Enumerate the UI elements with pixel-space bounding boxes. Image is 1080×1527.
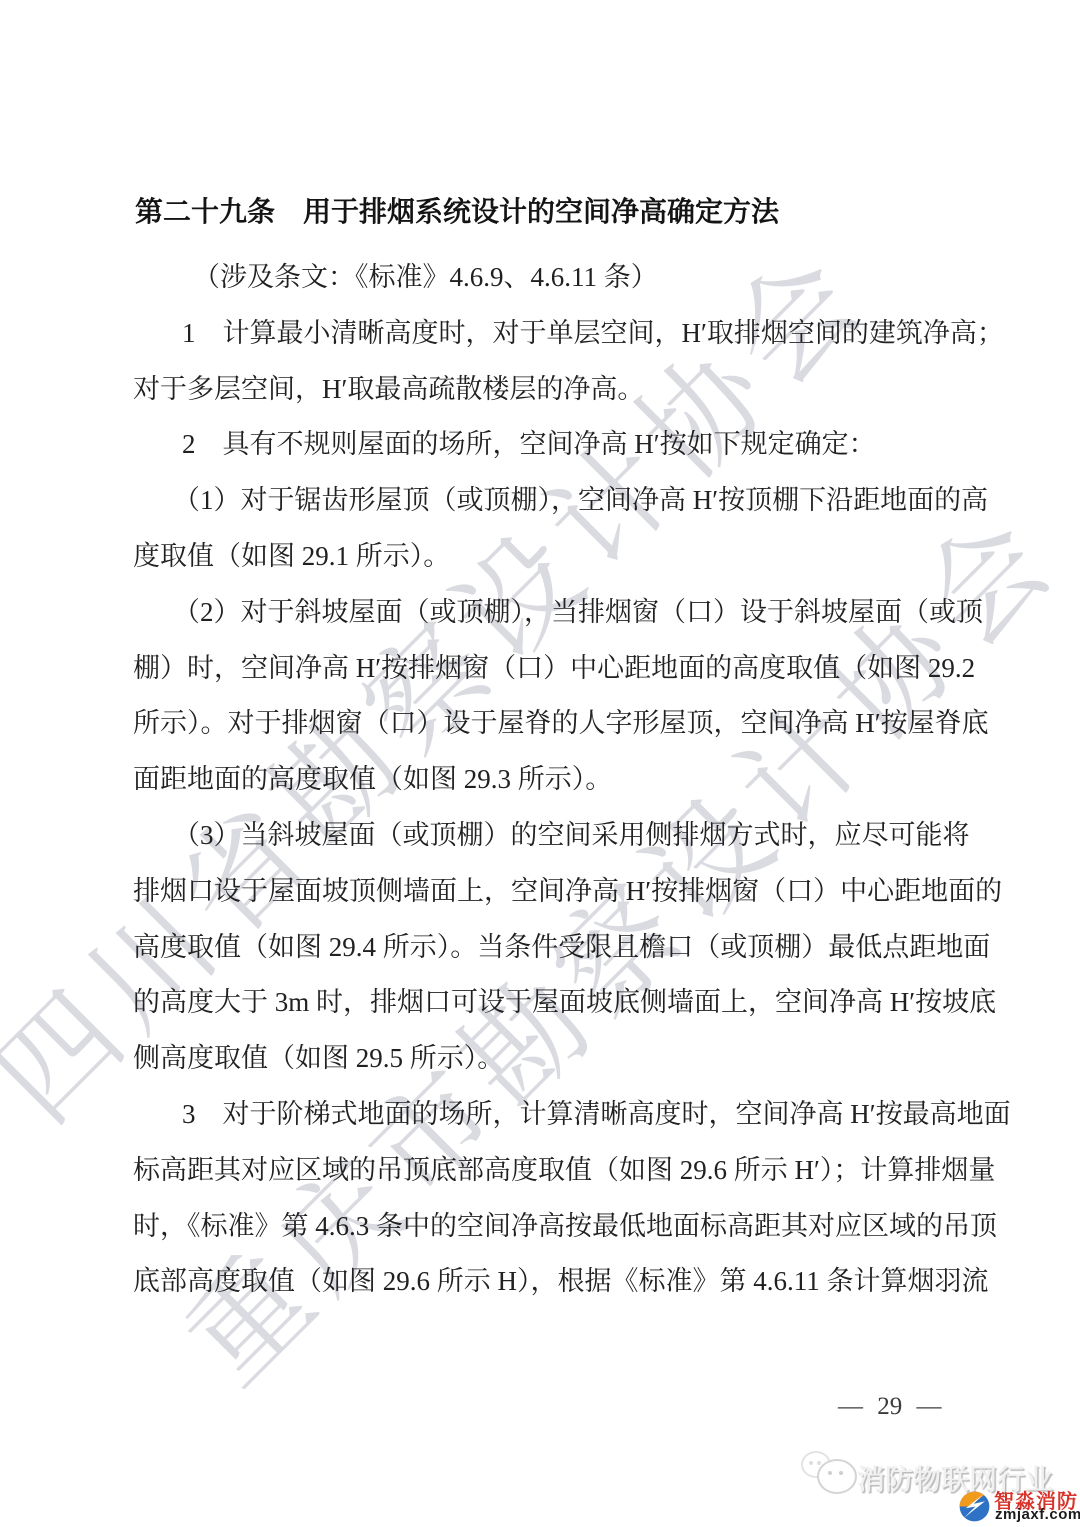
body-line: 度取值（如图 29.1 所示）。 (133, 529, 953, 585)
body-line: 所示）。对于排烟窗（口）设于屋脊的人字形屋顶，空间净高 H′按屋脊底 (133, 696, 953, 752)
body-line: 高度取值（如图 29.4 所示）。当条件受限且檐口（或顶棚）最低点距地面 (133, 920, 953, 976)
body-line: （涉及条文：《标准》4.6.9、4.6.11 条） (133, 250, 953, 306)
body-line: 对于多层空间，H′取最高疏散楼层的净高。 (133, 362, 953, 418)
brand-domain-text: zmjaxf.com (995, 1506, 1080, 1523)
body-line: 时，《标准》第 4.6.3 条中的空间净高按最低地面标高距其对应区域的吊顶 (133, 1199, 953, 1255)
wechat-big-bubble (817, 1459, 857, 1494)
body-line: 的高度大于 3m 时，排烟口可设于屋面坡底侧墙面上，空间净高 H′按坡底 (133, 975, 953, 1031)
body-line: 底部高度取值（如图 29.6 所示 H），根据《标准》第 4.6.11 条计算烟… (133, 1254, 953, 1310)
document-page: 四川省勘察设计协会 重庆市勘察设计协会 第二十九条 用于排烟系统设计的空间净高确… (0, 0, 1080, 1527)
body-line: 面距地面的高度取值（如图 29.3 所示）。 (133, 752, 953, 808)
body-line: 3 对于阶梯式地面的场所，计算清晰高度时，空间净高 H′按最高地面 (133, 1087, 953, 1143)
article-body: （涉及条文：《标准》4.6.9、4.6.11 条）1 计算最小清晰高度时，对于单… (133, 250, 953, 1310)
body-line: 2 具有不规则屋面的场所，空间净高 H′按如下规定确定： (133, 417, 953, 473)
page-number: — 29 — (838, 1393, 942, 1421)
body-line: 棚）时，空间净高 H′按排烟窗（口）中心距地面的高度取值（如图 29.2 (133, 641, 953, 697)
body-line: 排烟口设于屋面坡顶侧墙面上，空间净高 H′按排烟窗（口）中心距地面的 (133, 864, 953, 920)
body-line: （2）对于斜坡屋面（或顶棚），当排烟窗（口）设于斜坡屋面（或顶 (133, 585, 953, 641)
body-line: （3）当斜坡屋面（或顶棚）的空间采用侧排烟方式时，应尽可能将 (133, 808, 953, 864)
body-line: 侧高度取值（如图 29.5 所示）。 (133, 1031, 953, 1087)
body-line: （1）对于锯齿形屋顶（或顶棚），空间净高 H′按顶棚下沿距地面的高 (133, 473, 953, 529)
body-line: 标高距其对应区域的吊顶底部高度取值（如图 29.6 所示 H′）；计算排烟量 (133, 1143, 953, 1199)
body-line: 1 计算最小清晰高度时，对于单层空间，H′取排烟空间的建筑净高； (133, 306, 953, 362)
zhimiao-swoosh-icon (957, 1489, 992, 1524)
wechat-bubbles-icon (801, 1451, 857, 1497)
article-title: 第二十九条 用于排烟系统设计的空间净高确定方法 (135, 192, 779, 232)
